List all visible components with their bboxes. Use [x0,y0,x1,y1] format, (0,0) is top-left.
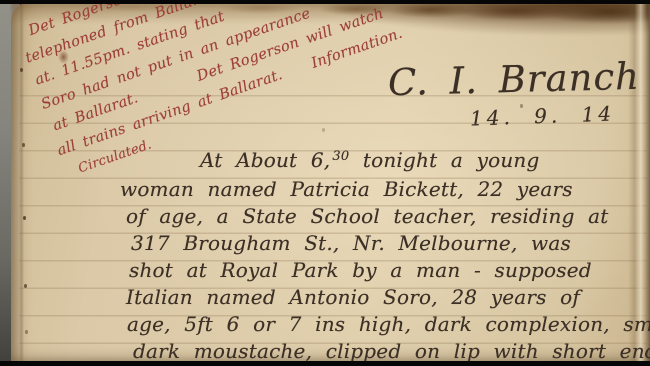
branch-heading: C. I. Branch [387,55,640,105]
body-line-text: tonight a young [363,148,540,172]
body-line: 317 Brougham St., Nr. Melbourne, was [131,231,571,255]
entry-date: 14. 9. 14 [470,101,616,130]
body-line-text: At About 6, [200,148,330,172]
page-left-edge-crease [19,0,24,366]
ink-specks [20,68,23,72]
letterbox-bar-top [0,0,650,4]
body-line: age, 5ft 6 or 7 ins high, dark complexio… [127,312,650,336]
body-line: of age, a State School teacher, residing… [126,204,609,228]
superscript-minutes: 30 [332,149,349,164]
document-photo: Det Rogerson telephoned from Ballarat at… [0,0,650,366]
body-line: woman named Patricia Bickett, 22 years [120,177,573,201]
body-line: shot at Royal Park by a man - supposed [129,258,592,282]
letterbox-bar-bottom [0,361,650,366]
body-line: At About 6,30 tonight a young [200,148,539,172]
body-line: Italian named Antonio Soro, 28 years of [126,285,580,309]
body-line: dark moustache, clipped on lip with shor… [133,339,650,363]
